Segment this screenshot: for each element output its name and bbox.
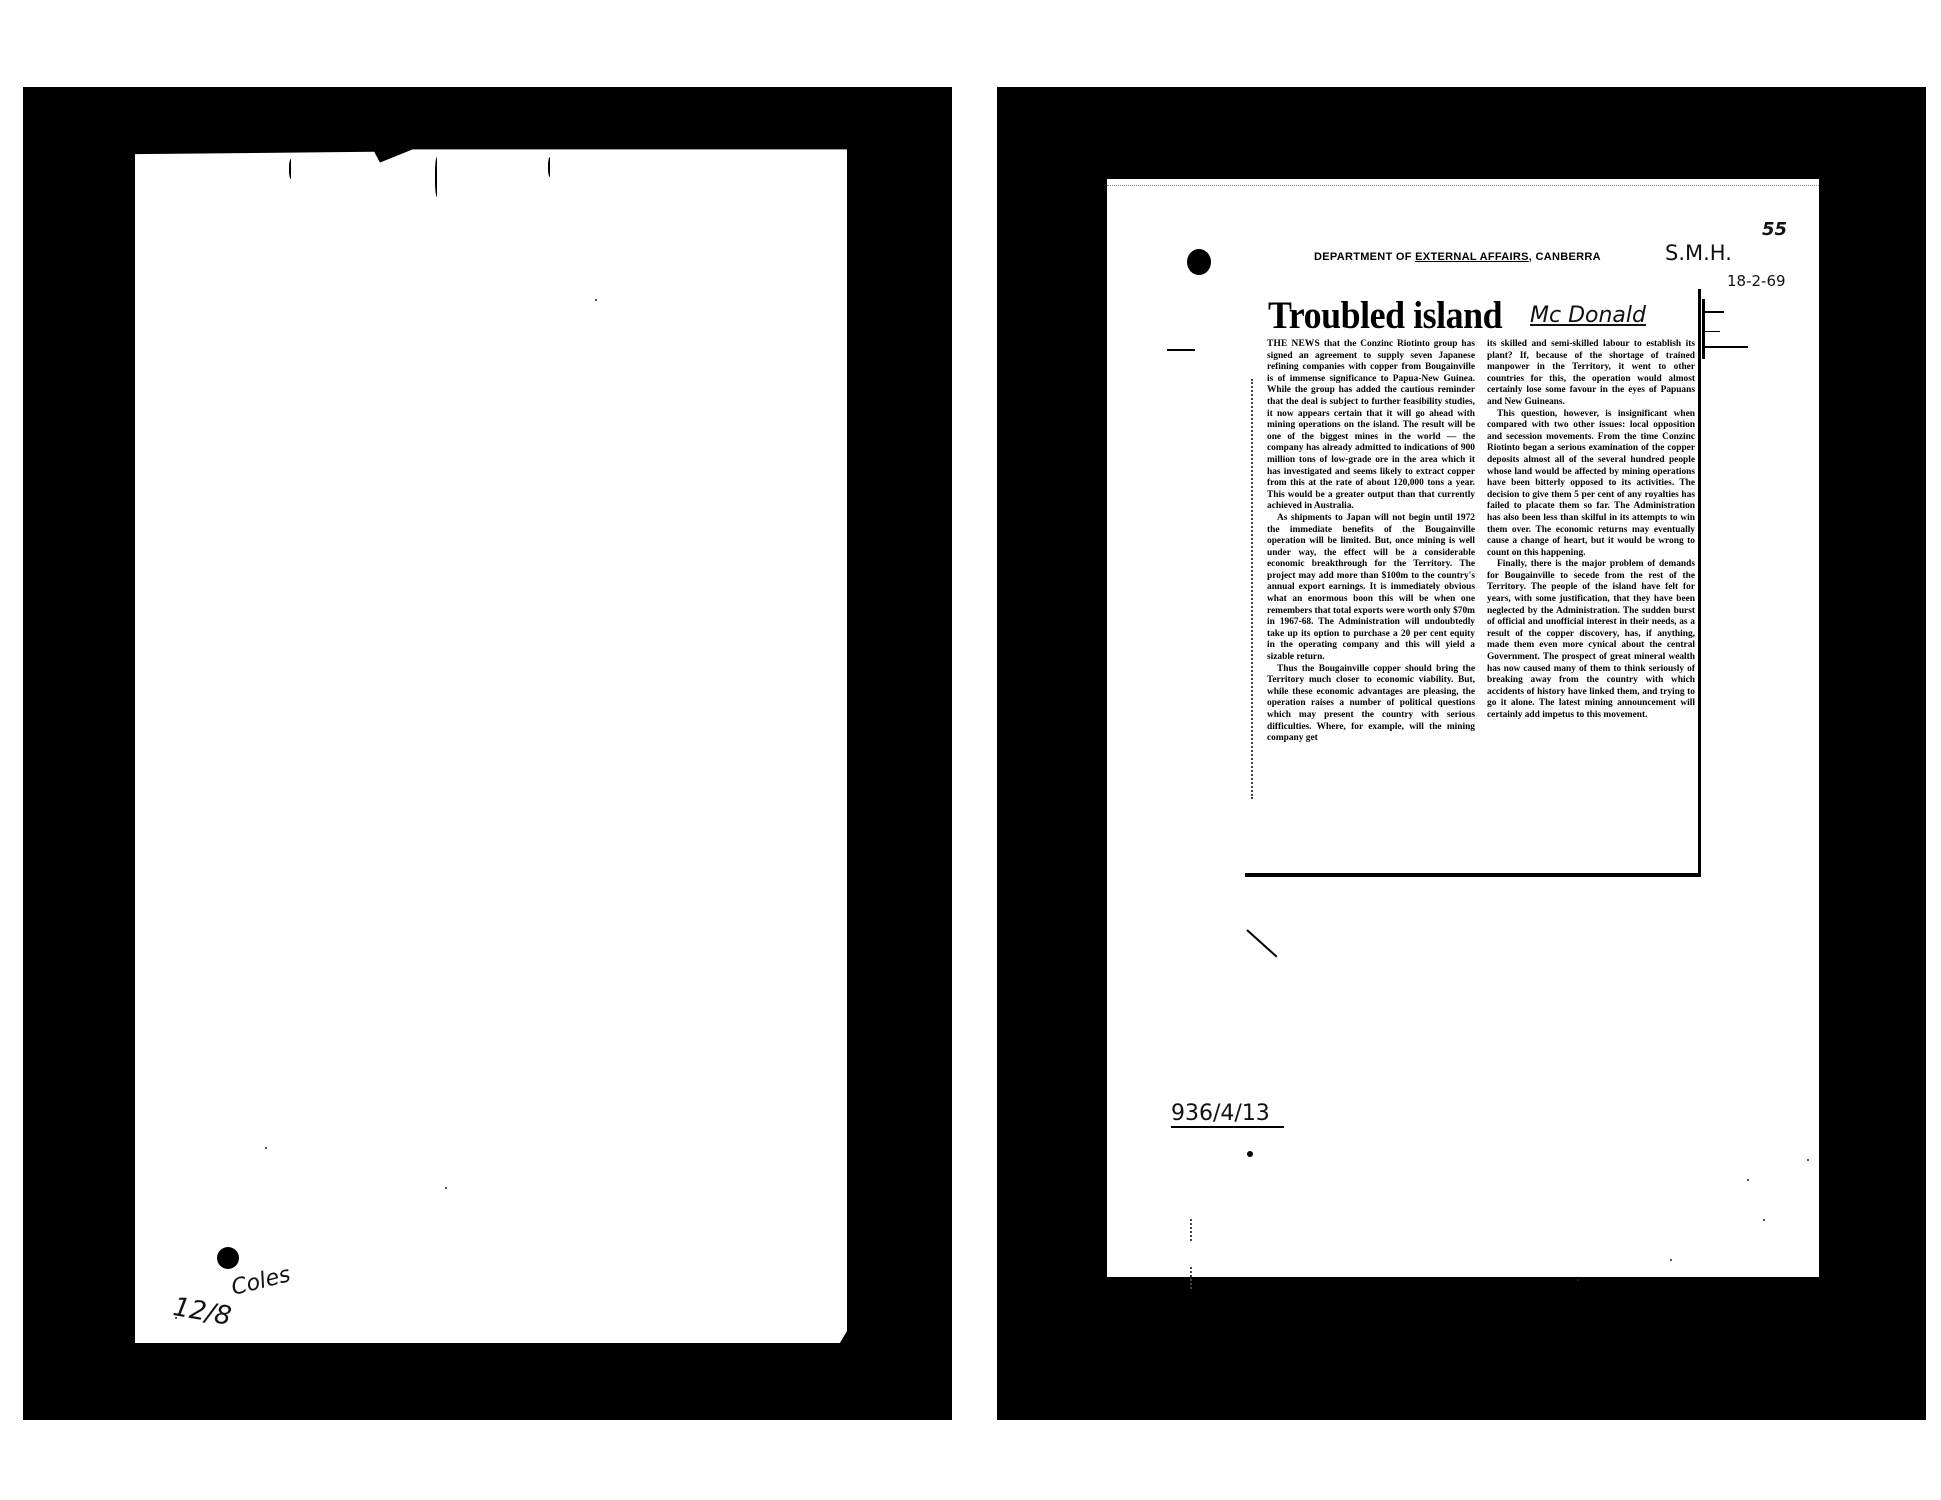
- margin-bracket-tick: [1704, 311, 1724, 313]
- clipping-body: THE NEWS that the Conzinc Riotinto group…: [1267, 339, 1695, 745]
- margin-bracket-tick: [1704, 331, 1720, 332]
- margin-rule: [1167, 349, 1195, 351]
- paragraph-lead: THE NEWS: [1267, 339, 1320, 349]
- paragraph: THE NEWS that the Conzinc Riotinto group…: [1267, 339, 1475, 513]
- clipping-column-2: its skilled and semi-skilled labour to e…: [1487, 339, 1695, 745]
- tear-mark: [435, 157, 440, 197]
- annotation-date: 12/8: [171, 1292, 234, 1332]
- punch-hole: [217, 1247, 239, 1269]
- left-page-blank: Coles 12/8: [135, 147, 847, 1343]
- speck: [1577, 1279, 1579, 1281]
- right-page-file-sheet: DEPARTMENT OF EXTERNAL AFFAIRS, CANBERRA…: [1107, 179, 1819, 1277]
- clipping-column-1: THE NEWS that the Conzinc Riotinto group…: [1267, 339, 1475, 745]
- diagonal-mark: [1246, 929, 1277, 957]
- left-scan-frame: Coles 12/8: [23, 87, 952, 1420]
- page-mark: [1190, 1267, 1194, 1289]
- speck: [1807, 1159, 1809, 1161]
- tear-mark: [548, 157, 553, 177]
- right-scan-frame: DEPARTMENT OF EXTERNAL AFFAIRS, CANBERRA…: [997, 87, 1926, 1420]
- letterhead-department: EXTERNAL AFFAIRS: [1415, 251, 1529, 263]
- clipping-headline: Troubled island: [1268, 293, 1502, 338]
- page-number: 55: [1762, 219, 1787, 240]
- source-date: 18-2-69: [1727, 272, 1786, 290]
- letterhead: DEPARTMENT OF EXTERNAL AFFAIRS, CANBERRA: [1314, 251, 1601, 263]
- speck: [595, 299, 597, 301]
- clipping-dotted-edge: [1251, 379, 1255, 799]
- paragraph-text: Finally, there is the major problem of d…: [1487, 559, 1695, 720]
- page-mark: [1190, 1219, 1194, 1241]
- speck: [445, 1187, 447, 1189]
- newspaper-clipping: Troubled island Mc Donald THE NEWS that …: [1245, 289, 1701, 877]
- paragraph: Thus the Bougainville copper should brin…: [1267, 664, 1475, 745]
- paragraph-text: Thus the Bougainville copper should brin…: [1267, 664, 1475, 744]
- paragraph: its skilled and semi-skilled labour to e…: [1487, 339, 1695, 409]
- letterhead-prefix: DEPARTMENT OF: [1314, 251, 1415, 263]
- paragraph: As shipments to Japan will not begin unt…: [1267, 513, 1475, 664]
- paragraph-text: that the Conzinc Riotinto group has sign…: [1267, 339, 1475, 511]
- paragraph-text: As shipments to Japan will not begin unt…: [1267, 513, 1475, 662]
- paragraph-text: This question, however, is insignificant…: [1487, 409, 1695, 558]
- source-note: S.M.H.: [1665, 241, 1732, 265]
- speck: [1747, 1179, 1749, 1181]
- clipping-signature: Mc Donald: [1530, 303, 1646, 328]
- margin-bracket-vertical: [1702, 299, 1705, 359]
- speck: [1763, 1219, 1765, 1221]
- tear-mark: [289, 159, 294, 179]
- page-top-strip: [1107, 179, 1819, 186]
- punch-hole: [1187, 249, 1211, 275]
- speck: [1670, 1259, 1672, 1261]
- paragraph-text: its skilled and semi-skilled labour to e…: [1487, 339, 1695, 407]
- letterhead-city: , CANBERRA: [1529, 251, 1601, 263]
- speck: [265, 1147, 267, 1149]
- margin-bracket-tick: [1704, 346, 1748, 348]
- file-reference: 936/4/13: [1171, 1101, 1284, 1128]
- paragraph: Finally, there is the major problem of d…: [1487, 559, 1695, 721]
- punch-hole-small: [1247, 1151, 1253, 1157]
- paragraph: This question, however, is insignificant…: [1487, 409, 1695, 560]
- annotation-initials: Coles: [229, 1262, 293, 1301]
